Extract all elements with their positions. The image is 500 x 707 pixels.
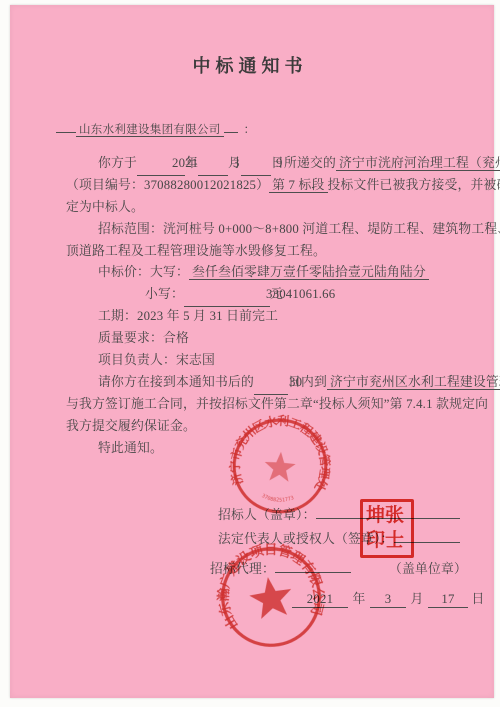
legal-rep-signature-line: 法定代表人或授权人（签章）： (218, 528, 460, 547)
body-line-project-manager: 项目负责人：宋志国 (66, 350, 466, 372)
body-line: 招标范围：洸河桩号 0+000～8+800 河道工程、堤防工程、建筑物工程、堤 (66, 219, 466, 241)
agent-signature-line: 招标代理：（盖单位章） (210, 558, 467, 577)
body-line: 你方于2021年3月9日所递交的济宁市洸府河治理工程（兖州区段） (66, 153, 466, 175)
body-line: 顶道路工程及工程管理设施等水毁修复工程。 (66, 241, 466, 263)
body-line-bid-price: 中标价：大写：叁仟叁佰零肆万壹仟零陆拾壹元陆角陆分 (66, 262, 466, 284)
bidder-signature-line: 招标人（盖章）： (218, 504, 460, 523)
body-line-duration: 工期：2023 年 5 月 31 日前完工 (66, 306, 466, 328)
name-seal-row: 坤张 (365, 504, 409, 528)
body-line-quality: 质量要求：合格 (66, 328, 466, 350)
body-line: （项目编号：37088280012021825）第 7 标段投标文件已被我方接受… (66, 175, 466, 197)
body-line: 定为中标人。 (66, 197, 466, 219)
square-name-seal: 坤张 印士 (360, 499, 414, 558)
body-line: 与我方签订施工合同，并按招标文件第二章“投标人须知”第 7.4.1 款规定向 (66, 394, 466, 416)
body-line-price-figures: 小写：33041061.66元 (66, 284, 466, 306)
document-body: 你方于2021年3月9日所递交的济宁市洸府河治理工程（兖州区段） （项目编号：3… (66, 153, 466, 459)
addressee-line: 山东水利建设集团有限公司： (56, 121, 255, 137)
body-line: 我方提交履约保证金。 (66, 416, 466, 438)
body-line-closing: 特此通知。 (66, 438, 466, 460)
document-title: 中标通知书 (0, 52, 500, 78)
body-line: 请你方在接到本通知书后的30日内到济宁市兖州区水利工程建设管理处 (66, 372, 466, 394)
scanned-document-page: 中标通知书 山东水利建设集团有限公司： 你方于2021年3月9日所递交的济宁市洸… (0, 0, 500, 707)
date-line: 2021年3月17日 (292, 588, 488, 608)
name-seal-row: 印士 (365, 529, 409, 553)
